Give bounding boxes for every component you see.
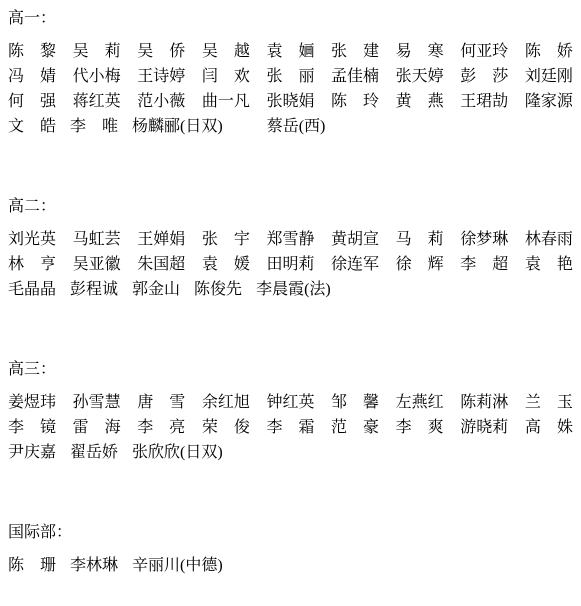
student-name: 姜煜玮 xyxy=(8,390,56,415)
student-name: 黄胡宣 xyxy=(331,227,379,252)
student-name: 兰 玉 xyxy=(525,390,573,415)
student-name: 刘光英 xyxy=(8,227,56,252)
student-name: 陈 玲 xyxy=(331,89,379,114)
student-name: 余红旭 xyxy=(202,390,250,415)
student-name: 范小薇 xyxy=(137,89,185,114)
section-title: 高一： xyxy=(8,6,573,31)
student-name: 陈俊先 xyxy=(194,277,242,302)
student-name: 李 镜 xyxy=(8,415,56,440)
student-name: 陈 娇 xyxy=(525,39,573,64)
name-line: 冯 婧代小梅王诗婷闫 欢张 丽孟佳楠张天婷彭 莎刘廷刚 xyxy=(8,64,573,89)
student-name: 闫 欢 xyxy=(202,64,250,89)
student-name: 王珺劼 xyxy=(460,89,508,114)
student-name: 张 建 xyxy=(331,39,379,64)
document-page: 高一：陈 黎吴 莉吴 侨吴 越袁 婳张 建易 寒何亚玲陈 娇冯 婧代小梅王诗婷闫… xyxy=(0,0,581,606)
name-line: 何 强蒋红英范小薇曲一凡张晓娟陈 玲黄 燕王珺劼隆家源 xyxy=(8,89,573,114)
student-name: 高 姝 xyxy=(525,415,573,440)
student-name: 李 霜 xyxy=(266,415,314,440)
student-name: 林春雨 xyxy=(525,227,573,252)
student-name: 张 宇 xyxy=(202,227,250,252)
student-name: 吴 侨 xyxy=(137,39,185,64)
student-name: 代小梅 xyxy=(73,64,121,89)
student-name: 曲一凡 xyxy=(202,89,250,114)
name-line: 刘光英马虹芸王婵娟张 宇郑雪静黄胡宣马 莉徐梦琳林春雨 xyxy=(8,227,573,252)
roster-section-4: 国际部：陈 珊李林琳辛丽川(中德) xyxy=(8,520,573,578)
student-name: 易 寒 xyxy=(396,39,444,64)
student-name: 唐 雪 xyxy=(137,390,185,415)
student-name: 左燕红 xyxy=(396,390,444,415)
name-gap-spacer xyxy=(237,114,253,139)
student-name: 陈 黎 xyxy=(8,39,56,64)
student-name: 马虹芸 xyxy=(73,227,121,252)
student-name: 彭 莎 xyxy=(460,64,508,89)
student-name: 李 爽 xyxy=(396,415,444,440)
student-name: 蒋红英 xyxy=(73,89,121,114)
student-name: 郑雪静 xyxy=(266,227,314,252)
student-name: 李林琳 xyxy=(70,553,118,578)
student-name: 袁 媛 xyxy=(202,252,250,277)
section-title: 国际部： xyxy=(8,520,573,545)
student-name: 袁 婳 xyxy=(266,39,314,64)
section-title: 高二： xyxy=(8,194,573,219)
student-name: 杨麟郦(日双) xyxy=(132,114,223,139)
student-name: 张 丽 xyxy=(266,64,314,89)
student-name: 王诗婷 xyxy=(137,64,185,89)
student-name: 朱国超 xyxy=(137,252,185,277)
name-line: 尹庆嘉翟岳娇张欣欣(日双) xyxy=(8,440,573,465)
student-name: 翟岳娇 xyxy=(70,440,118,465)
student-name: 张晓娟 xyxy=(266,89,314,114)
student-name: 王婵娟 xyxy=(137,227,185,252)
student-name: 何亚玲 xyxy=(460,39,508,64)
student-name: 辛丽川(中德) xyxy=(132,553,223,578)
student-name: 李 超 xyxy=(460,252,508,277)
student-name: 郭金山 xyxy=(132,277,180,302)
student-name: 黄 燕 xyxy=(396,89,444,114)
student-name: 尹庆嘉 xyxy=(8,440,56,465)
student-name: 荣 俊 xyxy=(202,415,250,440)
section-title: 高三： xyxy=(8,357,573,382)
student-name: 冯 婧 xyxy=(8,64,56,89)
student-name: 隆家源 xyxy=(525,89,573,114)
student-name: 徐 辉 xyxy=(396,252,444,277)
student-name: 范 豪 xyxy=(331,415,379,440)
student-name: 吴亚徽 xyxy=(73,252,121,277)
student-name: 刘廷刚 xyxy=(525,64,573,89)
student-name: 孙雪慧 xyxy=(73,390,121,415)
name-line: 陈 珊李林琳辛丽川(中德) xyxy=(8,553,573,578)
student-name: 蔡岳(西) xyxy=(267,114,326,139)
student-name: 毛晶晶 xyxy=(8,277,56,302)
student-name: 林 亨 xyxy=(8,252,56,277)
roster-section-2: 高二：刘光英马虹芸王婵娟张 宇郑雪静黄胡宣马 莉徐梦琳林春雨林 亨吴亚徽朱国超袁… xyxy=(8,194,573,302)
student-name: 游晓莉 xyxy=(460,415,508,440)
student-name: 文 皓 xyxy=(8,114,56,139)
student-name: 李 亮 xyxy=(137,415,185,440)
student-name: 彭程诚 xyxy=(70,277,118,302)
name-line: 林 亨吴亚徽朱国超袁 媛田明莉徐连军徐 辉李 超袁 艳 xyxy=(8,252,573,277)
roster-section-3: 高三：姜煜玮孙雪慧唐 雪余红旭钟红英邹 馨左燕红陈莉淋兰 玉李 镜雷 海李 亮荣… xyxy=(8,357,573,465)
student-name: 钟红英 xyxy=(266,390,314,415)
student-name: 陈 珊 xyxy=(8,553,56,578)
student-name: 吴 莉 xyxy=(73,39,121,64)
student-name: 袁 艳 xyxy=(525,252,573,277)
name-line: 毛晶晶彭程诚郭金山陈俊先李晨霞(法) xyxy=(8,277,573,302)
student-name: 田明莉 xyxy=(266,252,314,277)
student-name: 何 强 xyxy=(8,89,56,114)
student-name: 李晨霞(法) xyxy=(256,277,331,302)
student-name: 陈莉淋 xyxy=(460,390,508,415)
student-name: 雷 海 xyxy=(73,415,121,440)
student-name: 徐梦琳 xyxy=(460,227,508,252)
student-name: 徐连军 xyxy=(331,252,379,277)
roster-section-1: 高一：陈 黎吴 莉吴 侨吴 越袁 婳张 建易 寒何亚玲陈 娇冯 婧代小梅王诗婷闫… xyxy=(8,6,573,139)
student-name: 吴 越 xyxy=(202,39,250,64)
student-name: 马 莉 xyxy=(396,227,444,252)
name-line: 陈 黎吴 莉吴 侨吴 越袁 婳张 建易 寒何亚玲陈 娇 xyxy=(8,39,573,64)
student-name: 孟佳楠 xyxy=(331,64,379,89)
student-name: 张天婷 xyxy=(396,64,444,89)
name-line: 姜煜玮孙雪慧唐 雪余红旭钟红英邹 馨左燕红陈莉淋兰 玉 xyxy=(8,390,573,415)
student-name: 李 唯 xyxy=(70,114,118,139)
name-line: 李 镜雷 海李 亮荣 俊李 霜范 豪李 爽游晓莉高 姝 xyxy=(8,415,573,440)
name-line: 文 皓李 唯杨麟郦(日双)蔡岳(西) xyxy=(8,114,573,139)
student-name: 邹 馨 xyxy=(331,390,379,415)
student-name: 张欣欣(日双) xyxy=(132,440,223,465)
